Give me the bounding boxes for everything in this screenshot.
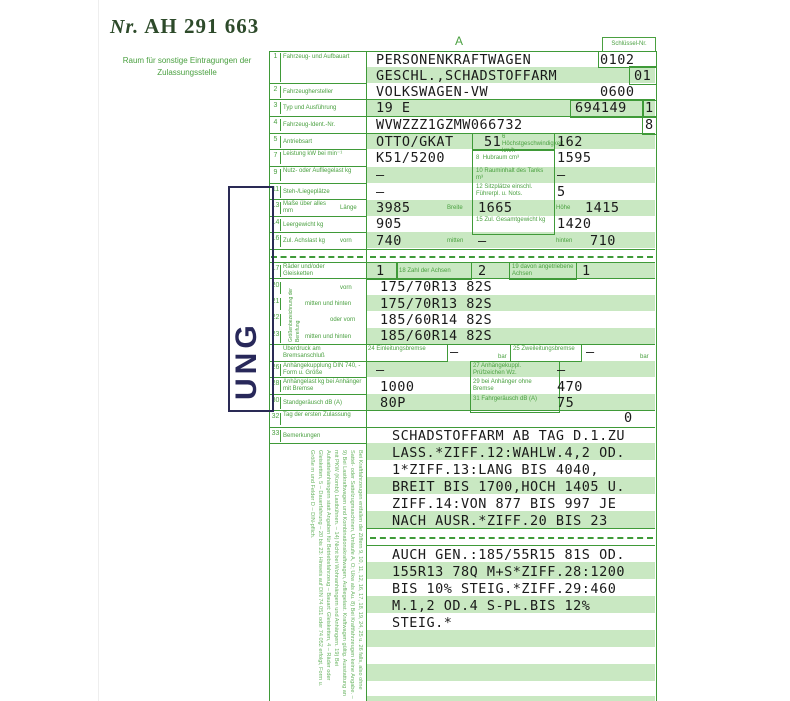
tyre-alt-front-value: 185/60R14 82S: [380, 312, 492, 328]
field-number: 27: [473, 363, 480, 369]
vin-check-digit: 8: [645, 117, 654, 133]
remark-line: BREIT BIS 1700,HOCH 1405 U.: [392, 479, 625, 495]
vin-value: WVWZZZ1GZMW066732: [376, 117, 523, 133]
number-prefix: Nr.: [110, 16, 139, 38]
drive-noise-label: Fahrgeräusch dB (A): [481, 396, 537, 402]
dashed-separator: [370, 256, 653, 258]
tyre-front-value: 175/70R13 82S: [380, 279, 492, 295]
vehicle-type-value: PERSONENKRAFTWAGEN: [376, 52, 531, 68]
field-number: 7: [271, 152, 281, 164]
field-label: Zul. Achslast kg: [283, 238, 325, 245]
tyre-alt-front-label: oder vorn: [330, 317, 355, 324]
rule: [269, 133, 655, 134]
rule: [269, 183, 366, 184]
field-number: 8: [476, 155, 479, 161]
dashed-separator: [370, 537, 653, 539]
single-line-brake-label: Einleitungsbremse: [376, 346, 425, 352]
field-label: Maße über alles mm: [283, 201, 328, 215]
rule: [269, 149, 366, 150]
field-label: Anhängekupplung DIN 740, -Form u. Größe: [283, 363, 363, 377]
field-number: 15: [476, 217, 483, 223]
field-number: 4: [271, 119, 281, 131]
field-number: 19: [512, 264, 519, 270]
field-label: 24 Einleitungsbremse: [368, 346, 443, 353]
field-number: 32: [271, 413, 281, 425]
tyre-rear-value: 175/70R13 82S: [380, 296, 492, 312]
remark-line: SCHADSTOFFARM AB TAG D.1.ZU: [392, 428, 625, 444]
brake-pressure-label: Überdruck am Bremsanschluß: [283, 346, 353, 360]
fuel-type-value: OTTO/GKAT: [376, 134, 454, 150]
axle-mid-value: –: [478, 233, 487, 249]
dual-line-brake-label: Zweileitungsbremse: [521, 346, 574, 352]
field-number: 3: [271, 102, 281, 114]
footnote-area: Bei Kraftfahrzeugen entfallen die Ziffer…: [272, 450, 364, 700]
field-label: 27 Anhängekuppl. Prüfzeichen Wz.: [473, 363, 553, 377]
document-number: Nr. AH 291 663: [110, 14, 259, 39]
empty-weight-value: 905: [376, 216, 402, 232]
rule: [366, 545, 655, 546]
remark-line: ZIFF.14:VON 877 BIS 997 JE: [392, 496, 616, 512]
displacement-value: 1595: [557, 150, 592, 166]
field-label: 15 Zul. Gesamtgewicht kg: [476, 217, 551, 224]
rule: [269, 249, 655, 250]
remark-line: STEIG.*: [392, 615, 452, 631]
field-number: 24: [368, 346, 375, 352]
seats-value: 5: [557, 184, 566, 200]
single-line-brake-value: –: [450, 344, 459, 360]
body-type-value: GESCHL.,SCHADSTOFFARM: [376, 68, 557, 84]
length-label: Länge: [340, 205, 357, 212]
field-label: Nutz- oder Aufliegelast kg: [283, 168, 353, 175]
field-label: 19 davon angetriebene Achsen: [512, 264, 574, 278]
tyre-alt-rear-label: mitten und hinten: [305, 334, 351, 341]
dual-line-brake-value: –: [586, 344, 595, 360]
field-label: 25 Zweileitungsbremse: [513, 346, 578, 353]
field-number: 25: [513, 346, 520, 352]
field-label: Fahrzeug- und Aufbauart: [283, 54, 363, 61]
remark-line: M.1,2 OD.4 S-PL.BIS 12%: [392, 598, 590, 614]
field-label: Antriebsart: [283, 139, 312, 146]
rule: [269, 377, 366, 378]
axle-front-value: 740: [376, 233, 402, 249]
field-number: 5: [271, 136, 281, 148]
height-value: 1415: [585, 200, 620, 216]
field-number: 33: [271, 430, 281, 442]
field-label: 6 Höchstgeschwindigkeit km/h: [502, 134, 552, 155]
unbraked-trailer-load-label: bei Anhänger ohne Bremse: [473, 379, 532, 392]
field-label: 31 Fahrgeräusch dB (A): [473, 396, 553, 403]
axle-rear-value: 710: [590, 233, 616, 249]
fuel-type-key: 51: [484, 134, 501, 150]
displacement-label: Hubraum cm³: [483, 155, 519, 161]
field-label: 12 Sitzplätze einschl. Führerpl. u. Nots…: [476, 184, 551, 198]
field-label: Fahrzeughersteller: [283, 89, 333, 96]
field-number: 1: [271, 53, 281, 82]
field-label: Typ und Ausführung: [283, 105, 336, 112]
field-label: Tag der ersten Zulassung: [283, 412, 353, 419]
rule: [269, 394, 366, 395]
field-number: 6: [502, 134, 505, 140]
body-type-key: 01: [634, 68, 651, 84]
rule: [269, 83, 366, 84]
vehicle-type-key: 0102: [600, 52, 635, 68]
field-label: Steh-/Liegeplätze: [283, 189, 330, 196]
unit-bar: bar: [498, 354, 507, 361]
height-label: Höhe: [556, 205, 570, 212]
seats-label: Sitzplätze einschl. Führerpl. u. Nots.: [476, 184, 532, 197]
field-label: 8 Hubraum cm³: [476, 155, 519, 162]
power-value: K51/5200: [376, 150, 445, 166]
field-label: 18 Zahl der Achsen: [399, 268, 451, 275]
field-number: 29: [473, 379, 480, 385]
driven-axles-value: 1: [582, 263, 591, 279]
rule: [269, 232, 366, 233]
rule: [269, 443, 366, 444]
key-number-header: Schlüssel-Nr.: [602, 37, 656, 52]
tank-volume-value: –: [557, 167, 566, 183]
remark-line: 155R13 78Q M+S*ZIFF.28:1200: [392, 564, 625, 580]
axles-label: Zahl der Achsen: [407, 268, 450, 274]
type-key-check: 1: [645, 100, 654, 116]
number-value: AH 291 663: [144, 14, 259, 38]
remark-line: LASS.*ZIFF.12:WAHLW.4,2 OD.: [392, 445, 625, 461]
field-label: 10 Rauminhalt des Tanks m³: [476, 168, 551, 182]
manufacturer-value: VOLKSWAGEN-VW: [376, 84, 488, 100]
office-stamp: UNG: [228, 186, 274, 412]
driven-axles-label: davon angetriebene Achsen: [512, 264, 573, 277]
field-number: 2: [271, 86, 281, 98]
tyres-group-label: Größenbezeichnung der Bereifung: [288, 282, 298, 342]
axles-value: 2: [478, 263, 487, 279]
remark-line: NACH AUSR.*ZIFF.20 BIS 23: [392, 513, 608, 529]
field-label: Leergewicht kg: [283, 222, 323, 229]
section-label: A: [455, 34, 463, 48]
unit-bar: bar: [640, 354, 649, 361]
coupling-value: –: [376, 362, 385, 378]
field-label: Standgeräusch dB (A): [283, 400, 342, 407]
field-number: 18: [399, 268, 406, 274]
remark-line: 1*ZIFF.13:LANG BIS 4040,: [392, 462, 599, 478]
type-value: 19 E: [376, 100, 411, 116]
stamp-text: UNG: [230, 321, 264, 400]
width-value: 1665: [478, 200, 513, 216]
field-number: 9: [271, 169, 281, 181]
gross-weight-value: 1420: [557, 216, 592, 232]
field-label: 29 bei Anhänger ohne Bremse: [473, 379, 553, 393]
field-number: 12: [476, 184, 483, 190]
gross-weight-label: Zul. Gesamtgewicht kg: [484, 217, 545, 223]
rule: [269, 199, 366, 200]
remark-line: AUCH GEN.:185/55R15 81S OD.: [392, 547, 625, 563]
tank-volume-label: Rauminhalt des Tanks m³: [476, 168, 543, 181]
field-label: Bemerkungen: [283, 433, 320, 440]
footnote-text: Bei Kraftfahrzeugen entfallen die Ziffer…: [308, 450, 364, 700]
stationary-noise-value: 80P: [380, 395, 406, 411]
field-label: Räder und/oder Gleisketten: [283, 264, 353, 278]
type-key: 694149: [575, 100, 627, 116]
tyre-rear-label: mitten und hinten: [305, 301, 351, 308]
rule: [269, 361, 366, 362]
rule: [269, 216, 366, 217]
remark-line: BIS 10% STEIG.*ZIFF.29:460: [392, 581, 616, 597]
field-label: Leistung kW bei min⁻¹: [283, 151, 353, 158]
rule: [269, 344, 655, 345]
coupling-test-mark-value: –: [557, 362, 566, 378]
field-number: 31: [473, 396, 480, 402]
drive-noise-value: 75: [557, 395, 574, 411]
unbraked-trailer-load-value: 470: [557, 379, 583, 395]
axle-front-label: vorn: [340, 238, 352, 245]
length-value: 3985: [376, 200, 411, 216]
tyre-alt-rear-value: 185/60R14 82S: [380, 328, 492, 344]
tyre-front-label: vorn: [340, 285, 352, 292]
field-label: Anhängelast kg bei Anhänger mit Bremse: [283, 379, 363, 393]
first-registration-value: 0: [624, 410, 633, 426]
standing-places-value: –: [376, 184, 385, 200]
axle-rear-label: hinten: [556, 238, 572, 245]
coupling-test-mark-label: Anhängekuppl. Prüfzeichen Wz.: [473, 363, 521, 376]
max-speed-value: 162: [557, 134, 583, 150]
rule: [269, 427, 366, 428]
registration-office-note: Raum für sonstige Eintragungen der Zulas…: [108, 55, 266, 79]
axle-mid-label: mitten: [447, 238, 463, 245]
dashed-separator: [271, 256, 363, 258]
rule: [269, 410, 655, 411]
field-label: Fahrzeug-Ident.-Nr.: [283, 122, 335, 129]
payload-value: –: [376, 167, 385, 183]
width-label: Breite: [447, 205, 463, 212]
manufacturer-key: 0600: [600, 84, 635, 100]
wheels-value: 1: [376, 263, 385, 279]
rule: [269, 166, 366, 167]
braked-trailer-load-value: 1000: [380, 379, 415, 395]
field-number: 10: [476, 168, 483, 174]
